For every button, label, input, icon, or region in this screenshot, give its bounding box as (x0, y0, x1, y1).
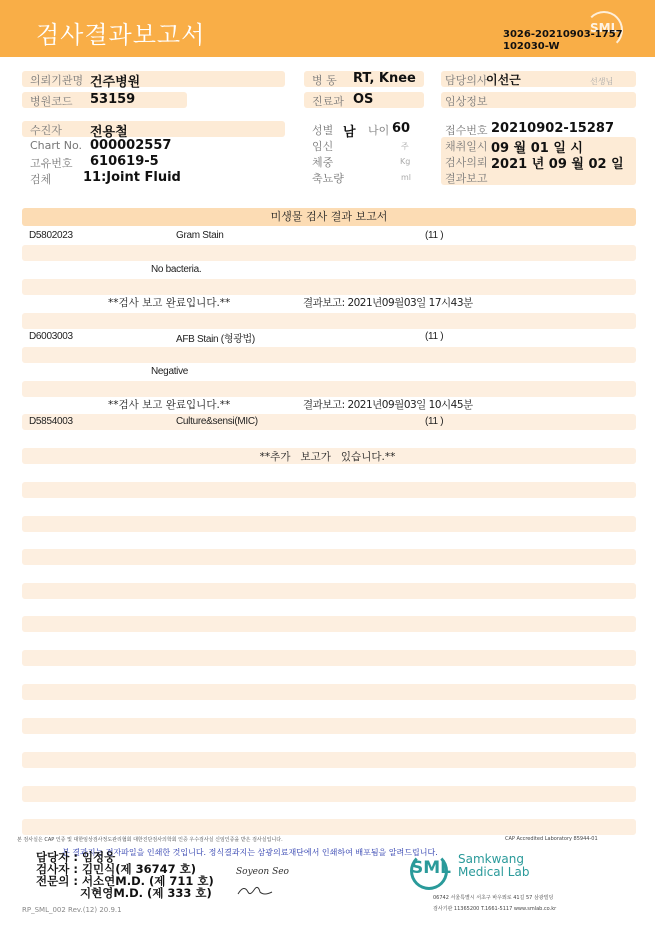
signature-specialist-2 (236, 882, 276, 898)
report-date-label: 결과보고 (445, 170, 488, 186)
test-result: No bacteria. (151, 264, 201, 275)
age-value: 60 (392, 121, 410, 136)
test-name: AFB Stain (형광법) (176, 330, 255, 345)
row-stripe (22, 583, 636, 599)
revision-code: RP_SML_002 Rev.(12) 20.9.1 (22, 906, 122, 914)
row-stripe (22, 786, 636, 802)
row-stripe (22, 313, 636, 329)
row-stripe (22, 752, 636, 768)
request-date-label: 검사의뢰 (445, 154, 488, 170)
department-label: 진료과 (312, 93, 344, 109)
ward-value: RT, Knee (353, 71, 416, 86)
department-value: OS (353, 92, 373, 107)
chart-number-value: 000002557 (90, 138, 171, 153)
row-stripe (22, 279, 636, 295)
sex-value: 남 (343, 121, 356, 140)
patient-name-label: 수진자 (30, 122, 62, 138)
signature-specialist-1: Soyeon Seo (236, 867, 289, 877)
doctor-value: 이선근 (486, 71, 521, 88)
lab-contact: 검사기관 11365200 T.1661-5117 www.smlab.co.k… (433, 905, 556, 912)
row-stripe (22, 684, 636, 700)
doctor-label: 담당의사 (445, 72, 488, 88)
row-stripe (22, 347, 636, 363)
test-name: Culture&sensi(MIC) (176, 416, 258, 427)
cap-note: 본 검사실은 CAP 인증 및 대한임상검사정도관리협회 대한진단검사의학회 인… (17, 836, 283, 843)
sex-label: 성별 (312, 122, 333, 138)
test-code: D6003003 (29, 331, 73, 342)
receipt-number-label: 접수번호 (445, 122, 488, 138)
test-result: Negative (151, 366, 188, 377)
lab-name: Samkwang Medical Lab (458, 853, 529, 879)
institution-name-value: 건주병원 (90, 71, 140, 90)
section-title: 미생물 검사 결과 보고서 (22, 208, 636, 226)
test-specimen: (11 ) (425, 416, 443, 427)
row-stripe (22, 650, 636, 666)
ward-label: 병 동 (312, 72, 337, 88)
specimen-label: 검체 (30, 171, 51, 187)
chart-number-label: Chart No. (30, 139, 82, 152)
test-status: **검사 보고 완료입니다.** (108, 397, 230, 412)
row-stripe (22, 381, 636, 397)
document-number: 3026-20210903-1757 102030-W (503, 29, 623, 53)
institution-code-label: 병원코드 (30, 93, 73, 109)
sml-lab-logo-text: SML (411, 858, 451, 878)
staff-list: 담당자 : 임정웅 검사자 : 김민식(제 36747 호) 전문의 : 서소연… (36, 851, 214, 899)
row-stripe (22, 414, 636, 430)
urine-volume-label: 축뇨량 (312, 170, 344, 186)
test-code: D5854003 (29, 416, 73, 427)
test-name: Gram Stain (176, 230, 224, 241)
weight-label: 체중 (312, 154, 333, 170)
pregnancy-label: 임신 (312, 138, 333, 154)
patient-id-label: 고유번호 (30, 155, 73, 171)
additional-report-notice: **추가 보고가 있습니다.** (0, 449, 655, 464)
row-stripe (22, 819, 636, 835)
collection-date-label: 채취일시 (445, 138, 488, 154)
lab-address: 06742 서울특별시 서초구 바우뫼로 41길 57 삼광빌딩 (433, 894, 553, 901)
patient-id-value: 610619-5 (90, 154, 159, 169)
urine-volume-unit: ml (401, 173, 411, 182)
staff-specialist-2: 지현영M.D. (제 333 호) (36, 887, 214, 899)
receipt-number-value: 20210902-15287 (491, 121, 614, 136)
weight-unit: Kg (400, 157, 410, 166)
clinical-info-label: 임상정보 (445, 93, 488, 109)
institution-code-value: 53159 (90, 92, 135, 107)
row-stripe (22, 482, 636, 498)
row-stripe (22, 245, 636, 261)
test-specimen: (11 ) (425, 331, 443, 342)
test-specimen: (11 ) (425, 230, 443, 241)
test-code: D5802023 (29, 230, 73, 241)
test-report-time: 결과보고: 2021년09월03일 17시43분 (303, 295, 473, 310)
row-stripe (22, 516, 636, 532)
row-stripe (22, 549, 636, 565)
test-status: **검사 보고 완료입니다.** (108, 295, 230, 310)
request-date-value: 2021 년 09 월 02 일 (491, 153, 624, 172)
test-report-time: 결과보고: 2021년09월03일 10시45분 (303, 397, 473, 412)
pregnancy-unit: 주 (401, 141, 409, 152)
row-stripe (22, 616, 636, 632)
cap-number: CAP Accredited Laboratory 85944-01 (505, 836, 598, 842)
row-stripe (22, 718, 636, 734)
document-number-line1: 3026-20210903-1757 (503, 29, 623, 41)
age-label: 나이 (368, 122, 389, 138)
institution-name-label: 의뢰기관명 (30, 72, 83, 88)
report-title: 검사결과보고서 (36, 15, 205, 50)
specimen-value: 11:Joint Fluid (83, 170, 181, 185)
doctor-suffix: 선생님 (590, 76, 613, 87)
document-number-line2: 102030-W (503, 41, 623, 53)
